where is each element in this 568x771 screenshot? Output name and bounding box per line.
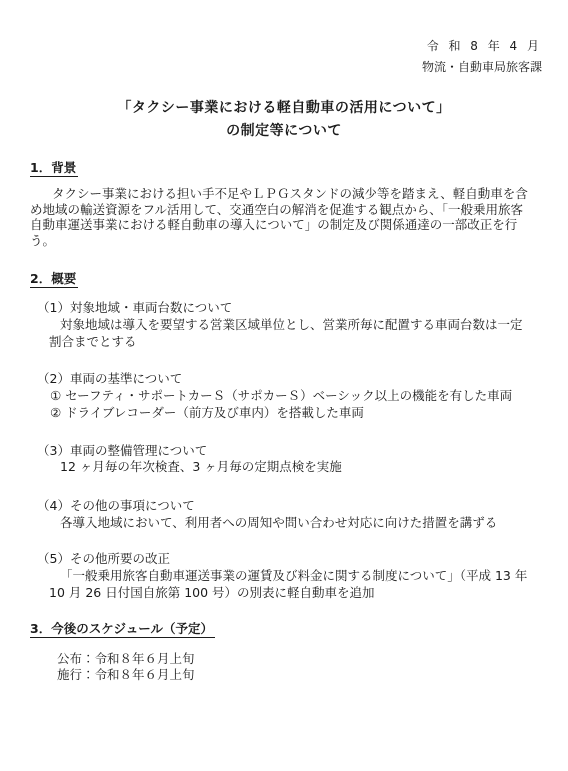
background-paragraph-line-1: タクシー事業における担い手不足やＬＰＧスタンドの減少等を踏まえ、軽自動車を含 <box>52 187 528 201</box>
overview-item-2-line-1: ① セーフティ・サポートカーＳ（サポカーＳ）ベーシック以上の機能を有した車両 <box>50 389 512 403</box>
overview-item-5-line-2: 10 月 26 日付国自旅第 100 号）の別表に軽自動車を追加 <box>49 586 375 600</box>
schedule-entry-enforcement: 施行：令和８年６月上旬 <box>57 668 195 682</box>
document-date: 令 和 8 年 4 月 <box>427 40 542 54</box>
overview-item-5-label: （5）その他所要の改正 <box>37 552 170 566</box>
overview-item-3-label: （3）車両の整備管理について <box>37 444 207 458</box>
document-page: 令 和 8 年 4 月 物流・自動車局旅客課 「タクシー事業における軽自動車の活… <box>0 0 568 771</box>
background-paragraph-line-3: 自動車運送事業における軽自動車の導入について」の制定及び関係通達の一部改正を行 <box>30 218 517 232</box>
overview-item-1-line-1: 対象地域は導入を要望する営業区域単位とし、営業所毎に配置する車両台数は一定 <box>60 318 523 332</box>
document-title-line-1: 「タクシー事業における軽自動車の活用について」 <box>0 100 568 116</box>
background-paragraph-line-4: う。 <box>30 234 55 248</box>
background-paragraph-line-2: め地域の輸送資源をフル活用して、交通空白の解消を促進する観点から、「一般乗用旅客 <box>30 203 523 217</box>
section-schedule-heading: 3．今後のスケジュール（予定） <box>30 622 215 638</box>
schedule-entry-publication: 公布：令和８年６月上旬 <box>57 652 195 666</box>
section-background-heading: 1．背景 <box>30 161 78 177</box>
overview-item-2-label: （2）車両の基準について <box>37 372 182 386</box>
overview-item-1-line-2: 割合までとする <box>49 335 137 349</box>
overview-item-3-line-1: 12 ヶ月毎の年次検査、3 ヶ月毎の定期点検を実施 <box>60 460 342 474</box>
overview-item-1-label: （1）対象地域・車両台数について <box>37 301 232 315</box>
overview-item-2-line-2: ② ドライブレコーダー（前方及び車内）を搭載した車両 <box>50 406 364 420</box>
section-overview-heading: 2．概要 <box>30 272 78 288</box>
document-title-line-2: の制定等について <box>0 123 568 139</box>
overview-item-5-line-1: 「一般乗用旅客自動車運送事業の運賃及び料金に関する制度について」（平成 13 年 <box>60 569 527 583</box>
overview-item-4-label: （4）その他の事項について <box>37 499 195 513</box>
issuing-department: 物流・自動車局旅客課 <box>422 61 542 75</box>
overview-item-4-line-1: 各導入地域において、利用者への周知や問い合わせ対応に向けた措置を講ずる <box>60 516 497 530</box>
